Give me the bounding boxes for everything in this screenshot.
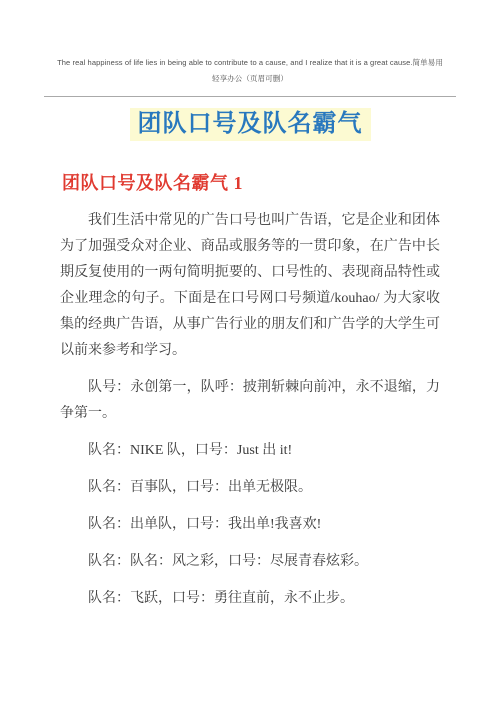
document-page: The real happiness of life lies in being… [0, 0, 500, 708]
document-header: The real happiness of life lies in being… [0, 0, 500, 87]
paragraph: 我们生活中常见的广告口号也叫广告语，它是企业和团体为了加强受众对企业、商品或服务… [60, 208, 440, 364]
paragraph: 队号：永创第一，队呼：披荆斩棘向前冲，永不退缩，力争第一。 [60, 375, 440, 427]
header-quote: The real happiness of life lies in being… [0, 55, 500, 71]
title-highlight: 团队口号及队名霸气 [130, 108, 371, 141]
paragraph: 队名：NIKE 队，口号：Just 出 it! [60, 438, 440, 464]
section-heading: 团队口号及队名霸气 1 [62, 171, 440, 196]
document-title: 团队口号及队名霸气 [0, 106, 500, 142]
paragraph: 队名：队名：风之彩，口号：尽展青春炫彩。 [60, 549, 440, 575]
header-divider [44, 96, 456, 97]
paragraph: 队名：出单队，口号：我出单!我喜欢! [60, 512, 440, 538]
document-body: 我们生活中常见的广告口号也叫广告语，它是企业和团体为了加强受众对企业、商品或服务… [60, 208, 440, 612]
paragraph: 队名：百事队，口号：出单无极限。 [60, 475, 440, 501]
paragraph: 队名：飞跃，口号：勇往直前，永不止步。 [60, 586, 440, 612]
header-subtitle: 轻享办公（页眉可删） [0, 71, 500, 87]
